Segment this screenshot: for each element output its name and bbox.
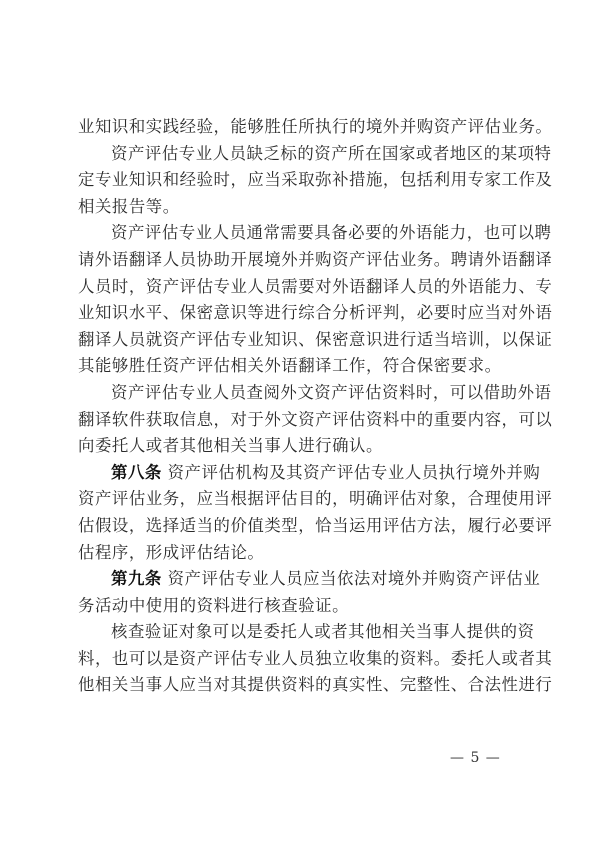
text-line: 务活动中使用的资料进行核查验证。 [78, 593, 518, 620]
text-line: 资产评估专业人员通常需要具备必要的外语能力，也可以聘 [78, 220, 518, 247]
text-line: 资产评估专业人员缺乏标的资产所在国家或者地区的某项特 [78, 141, 518, 168]
text-line: 其能够胜任资产评估相关外语翻译工作，符合保密要求。 [78, 353, 518, 380]
text-line: 估程序，形成评估结论。 [78, 540, 518, 567]
article-8-line: 第八条 资产评估机构及其资产评估专业人员执行境外并购 [78, 460, 518, 487]
text-line: 业知识水平、保密意识等进行综合分析评判，必要时应当对外语 [78, 300, 518, 327]
article-8-heading: 第八条 [111, 463, 162, 482]
text-line: 核查验证对象可以是委托人或者其他相关当事人提供的资 [78, 619, 518, 646]
text-line: 估假设，选择适当的价值类型，恰当运用评估方法，履行必要评 [78, 513, 518, 540]
text-line: 翻译软件获取信息，对于外文资产评估资料中的重要内容，可以 [78, 407, 518, 434]
text-line: 定专业知识和经验时，应当采取弥补措施，包括利用专家工作及 [78, 167, 518, 194]
text-line: 资产评估业务，应当根据评估目的，明确评估对象，合理使用评 [78, 486, 518, 513]
text-line: 请外语翻译人员协助开展境外并购资产评估业务。聘请外语翻译 [78, 247, 518, 274]
text-line: 业知识和实践经验，能够胜任所执行的境外并购资产评估业务。 [78, 114, 518, 141]
page-number: — 5 — [450, 750, 501, 766]
article-9-line: 第九条 资产评估专业人员应当依法对境外并购资产评估业 [78, 566, 518, 593]
text-line: 人员时，资产评估专业人员需要对外语翻译人员的外语能力、专 [78, 274, 518, 301]
article-9-heading: 第九条 [111, 569, 162, 588]
text-line: 向委托人或者其他相关当事人进行确认。 [78, 433, 518, 460]
text-line: 他相关当事人应当对其提供资料的真实性、完整性、合法性进行 [78, 672, 518, 699]
text-line: 资产评估专业人员查阅外文资产评估资料时，可以借助外语 [78, 380, 518, 407]
text-line: 相关报告等。 [78, 194, 518, 221]
text-span: 资产评估专业人员应当依法对境外并购资产评估业 [162, 569, 540, 588]
text-span: 资产评估机构及其资产评估专业人员执行境外并购 [162, 463, 540, 482]
document-body: 业知识和实践经验，能够胜任所执行的境外并购资产评估业务。 资产评估专业人员缺乏标… [78, 114, 518, 699]
text-line: 翻译人员就资产评估专业知识、保密意识进行适当培训，以保证 [78, 327, 518, 354]
text-line: 料，也可以是资产评估专业人员独立收集的资料。委托人或者其 [78, 646, 518, 673]
